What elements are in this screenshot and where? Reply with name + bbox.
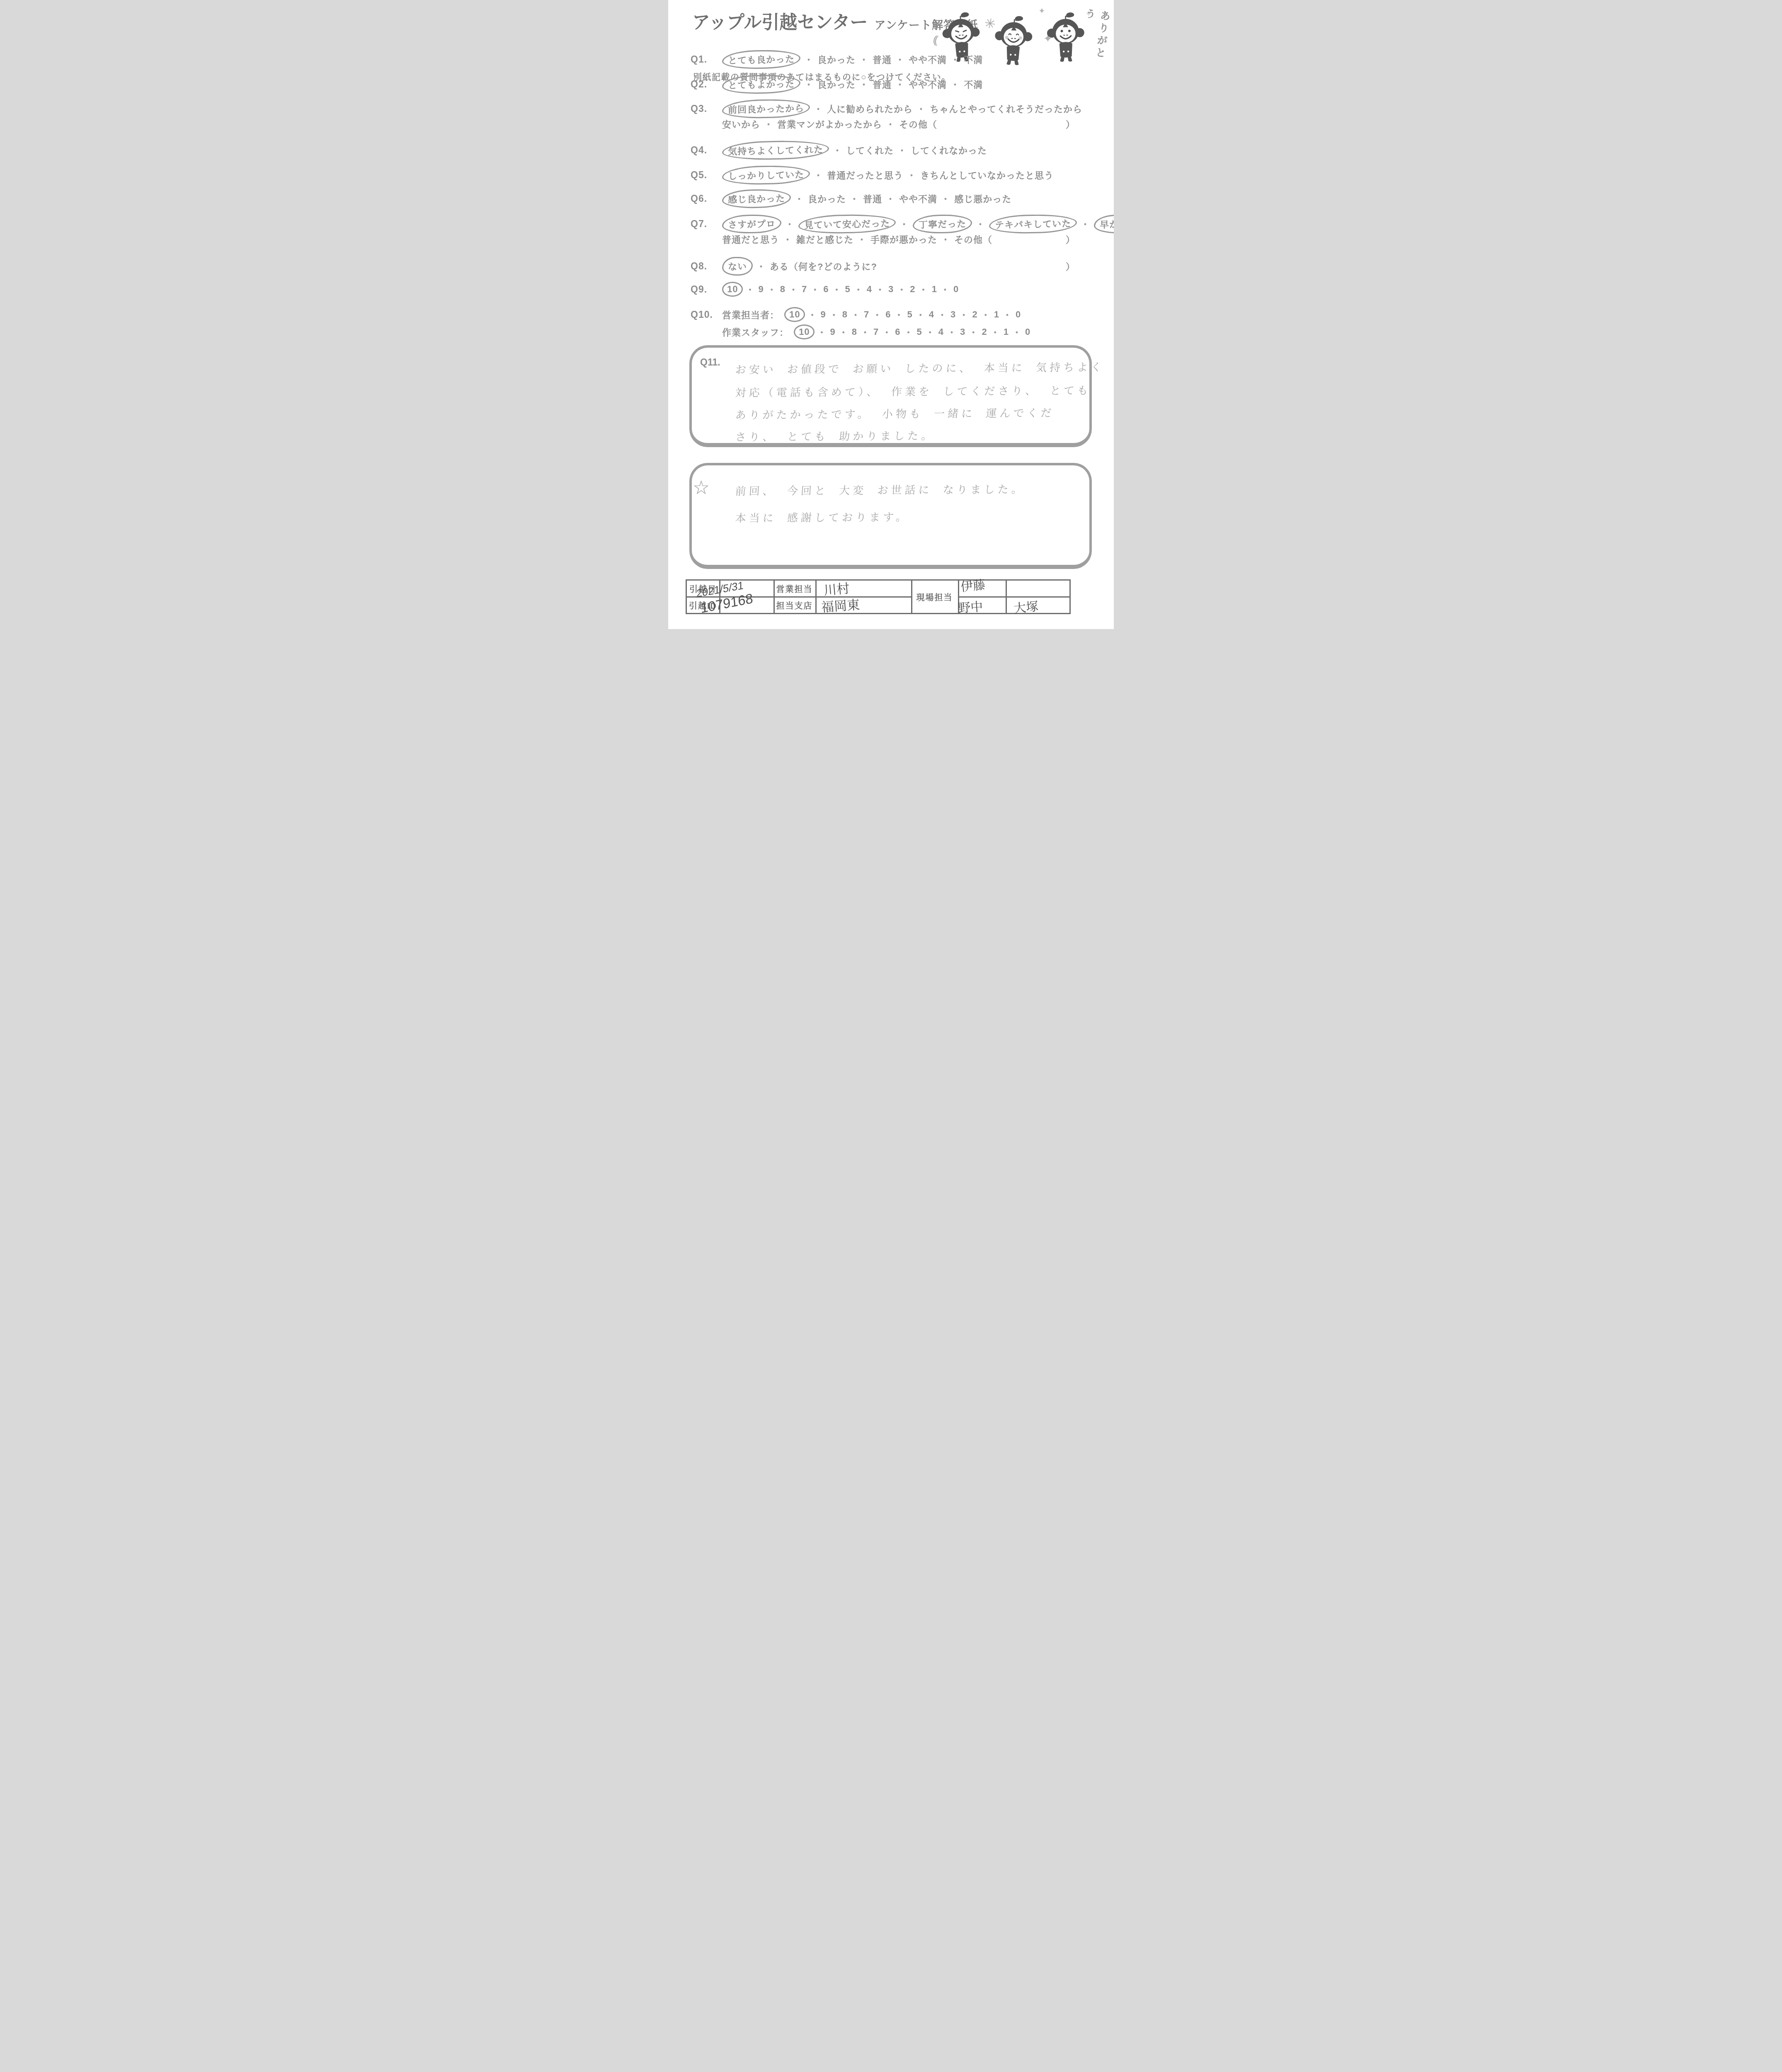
score: 7 <box>863 309 870 320</box>
question-number: Q2. <box>691 79 722 90</box>
score: 8 <box>851 327 858 337</box>
question-10-scale-1: 作業スタッフ：10・9・8・7・6・5・4・3・2・1・0 <box>691 324 1089 339</box>
footer-table: 引越日 引越ID 営業担当 担当支店 現場担当 2021/5/31 107916… <box>686 579 1071 614</box>
option-separator: ・ <box>950 53 960 66</box>
option-separator: ・ <box>875 283 885 296</box>
option: してくれなかった <box>911 144 987 157</box>
option: 良かった <box>817 53 856 66</box>
question-8: Q8.ない・ある（何を?どのように?） <box>691 257 1089 276</box>
question-3-line2: 安いから・営業マンがよかったから・その他（） <box>691 118 1089 131</box>
option-separator: ・ <box>795 192 804 205</box>
selected-option: とても良かった <box>722 49 801 70</box>
option-separator: ・ <box>1012 326 1022 339</box>
question-number: Q9. <box>691 284 722 295</box>
option-separator: ・ <box>899 218 909 230</box>
question-6: Q6.感じ良かった・良かった・普通・やや不満・感じ悪かった <box>691 189 1089 208</box>
score: 7 <box>801 284 808 295</box>
sparkle-icon: ✦ <box>1038 6 1045 16</box>
close-paren: ） <box>1066 260 1075 273</box>
option: きちんとしていなかったと思う <box>920 169 1054 182</box>
question-7-line2: 普通だと思う・雑だと感じた・手際が悪かった・その他（） <box>691 233 1089 246</box>
option-separator: ・ <box>764 118 773 131</box>
question-number: Q7. <box>691 218 722 230</box>
selected-score: 10 <box>722 281 743 297</box>
option: 安いから <box>722 118 760 131</box>
score: 0 <box>1024 327 1031 337</box>
star-icon: ☆ <box>693 476 710 499</box>
option: その他（ <box>899 118 937 131</box>
question-2: Q2.とてもよかった・良かった・普通・やや不満・不満 <box>691 75 1089 94</box>
option-separator: ・ <box>859 53 869 66</box>
option-separator: ・ <box>919 283 929 296</box>
score: 2 <box>981 327 988 337</box>
handwritten-comment-line: 対応（電話も含めて）、 作業を してくださり、 とても <box>735 382 1091 400</box>
option-separator: ・ <box>804 78 814 91</box>
selected-score: 10 <box>784 307 805 322</box>
score: 9 <box>758 284 765 295</box>
option-separator: ・ <box>783 233 793 246</box>
handwritten-site-rep-2: 野中 <box>958 596 984 616</box>
score: 1 <box>931 284 938 295</box>
option: 雑だと感じた <box>796 233 853 246</box>
score: 5 <box>916 327 923 337</box>
option-separator: ・ <box>745 283 755 296</box>
option-separator: ・ <box>789 283 798 296</box>
option-separator: ・ <box>886 192 895 205</box>
option-separator: ・ <box>938 308 947 321</box>
option: 普通だったと思う <box>827 169 903 182</box>
score: 4 <box>866 284 873 295</box>
option-separator: ・ <box>926 326 935 339</box>
question-10-scale-0: Q10.営業担当者：10・9・8・7・6・5・4・3・2・1・0 <box>691 307 1089 322</box>
question-number: Q4. <box>691 145 722 156</box>
selected-option: 見ていて安心だった <box>798 214 896 235</box>
selected-option: 前回良かったから <box>722 99 810 119</box>
handwritten-note-line: 本当に 感謝しております。 <box>735 509 910 525</box>
option: 営業マンがよかったから <box>777 118 882 131</box>
option-separator: ・ <box>854 283 863 296</box>
handwritten-comment-line: お安い お値段で お願い したのに、 本当に 気持ちよく <box>735 359 1105 377</box>
option-separator: ・ <box>785 218 795 230</box>
question-number: Q5. <box>691 169 722 181</box>
scale-label: 作業スタッフ： <box>722 326 789 339</box>
option-separator: ・ <box>947 326 957 339</box>
selected-option: しっかりしていた <box>722 165 810 185</box>
option-separator: ・ <box>941 192 950 205</box>
score: 6 <box>894 327 901 337</box>
score: 3 <box>887 284 895 295</box>
option-separator: ・ <box>1081 218 1090 230</box>
q11-comment-box: Q11. お安い お値段で お願い したのに、 本当に 気持ちよく 対応（電話も… <box>689 345 1092 447</box>
option-separator: ・ <box>861 326 870 339</box>
option-separator: ・ <box>829 308 839 321</box>
selected-option: 丁寧だった <box>913 214 972 234</box>
score: 2 <box>971 309 978 320</box>
option: 不満 <box>964 78 983 91</box>
score: 1 <box>993 309 1000 320</box>
option-separator: ・ <box>882 326 892 339</box>
option-separator: ・ <box>814 102 823 115</box>
question-number: Q1. <box>691 54 722 65</box>
option-separator: ・ <box>839 326 849 339</box>
survey-answer-sheet: アップル引越センター アンケート解答用紙 別紙記載の質問事項のあてはまるものに○… <box>668 0 1114 629</box>
score: 3 <box>950 309 957 320</box>
score: 9 <box>820 309 827 320</box>
option-separator: ・ <box>873 308 882 321</box>
option-separator: ・ <box>916 102 926 115</box>
motion-lines-icon: (( <box>932 33 937 46</box>
option-separator: ・ <box>981 308 991 321</box>
score: 9 <box>829 327 836 337</box>
score: 6 <box>885 309 892 320</box>
score: 7 <box>873 327 880 337</box>
option-separator: ・ <box>959 308 969 321</box>
option: してくれた <box>846 144 894 157</box>
option-separator: ・ <box>991 326 1000 339</box>
option: ある（何を?どのように? <box>770 260 877 273</box>
option-separator: ・ <box>814 169 823 182</box>
option: 普通だと思う <box>722 233 779 246</box>
option-separator: ・ <box>851 308 861 321</box>
option: ちゃんとやってくれそうだったから <box>930 102 1082 115</box>
option: 手際が悪かった <box>870 233 937 246</box>
score: 6 <box>822 284 829 295</box>
option: やや不満 <box>899 192 937 205</box>
option: 人に勧められたから <box>827 102 913 115</box>
option: 良かった <box>817 78 856 91</box>
option: その他（ <box>954 233 992 246</box>
label-sales-rep: 営業担当 <box>773 581 815 596</box>
question-7: Q7.さすがプロ・見ていて安心だった・丁寧だった・テキパキしていた・早かった <box>691 215 1089 233</box>
option-separator: ・ <box>1003 308 1012 321</box>
selected-score: 10 <box>794 324 815 339</box>
option-separator: ・ <box>895 308 904 321</box>
score: 4 <box>928 309 935 320</box>
option: 不満 <box>964 53 983 66</box>
selected-option: テキパキしていた <box>989 214 1077 234</box>
selected-option: さすがプロ <box>722 214 782 234</box>
option-separator: ・ <box>916 308 926 321</box>
close-paren: ） <box>1066 118 1075 131</box>
option-separator: ・ <box>950 78 960 91</box>
close-paren: ） <box>1066 233 1075 246</box>
option-separator: ・ <box>808 308 817 321</box>
page-title: アップル引越センター <box>692 8 868 34</box>
question-3: Q3.前回良かったから・人に勧められたから・ちゃんとやってくれそうだったから <box>691 99 1089 118</box>
header: アップル引越センター アンケート解答用紙 <box>692 8 978 34</box>
question-9-scale-0: Q9.10・9・8・7・6・5・4・3・2・1・0 <box>691 282 1089 297</box>
option-separator: ・ <box>817 326 827 339</box>
score: 4 <box>938 327 945 337</box>
score: 3 <box>959 327 966 337</box>
question-number: Q6. <box>691 193 722 204</box>
score: 5 <box>907 309 914 320</box>
option-separator: ・ <box>907 169 916 182</box>
option-separator: ・ <box>895 78 905 91</box>
question-1: Q1.とても良かった・良かった・普通・やや不満・不満 <box>691 50 1089 69</box>
question-number: Q8. <box>691 261 722 272</box>
star-note-box: ☆ 前回、 今回と 大変 お世話に なりました。 本当に 感謝しております。 <box>689 463 1092 569</box>
label-site-rep: 現場担当 <box>911 581 958 613</box>
score: 1 <box>1003 327 1010 337</box>
handwritten-site-rep-3: 大塚 <box>1013 596 1039 617</box>
handwritten-branch: 福岡東 <box>821 594 861 615</box>
option-separator: ・ <box>886 118 895 131</box>
option-separator: ・ <box>941 233 950 246</box>
option: 普通 <box>873 78 892 91</box>
question-5: Q5.しっかりしていた・普通だったと思う・きちんとしていなかったと思う <box>691 166 1089 184</box>
option-separator: ・ <box>976 218 985 230</box>
option-separator: ・ <box>904 326 914 339</box>
option: 良かった <box>808 192 846 205</box>
option: 感じ悪かった <box>954 192 1011 205</box>
option-separator: ・ <box>832 283 842 296</box>
selected-option: ない <box>722 257 753 276</box>
option-separator: ・ <box>810 283 820 296</box>
selected-option: とてもよかった <box>722 74 801 94</box>
selected-option: 感じ良かった <box>722 189 791 208</box>
selected-option: 気持ちよくしてくれた <box>722 140 829 160</box>
question-number: Q3. <box>691 103 722 114</box>
score: 2 <box>909 284 916 295</box>
option-separator: ・ <box>833 144 842 157</box>
handwritten-note-line: 前回、 今回と 大変 お世話に なりました。 <box>735 481 1026 499</box>
question-number: Q11. <box>700 357 720 368</box>
option-separator: ・ <box>897 283 907 296</box>
score: 0 <box>1015 309 1022 320</box>
option-separator: ・ <box>767 283 777 296</box>
option: 普通 <box>873 53 892 66</box>
option: 普通 <box>863 192 882 205</box>
option-separator: ・ <box>895 53 905 66</box>
scale-label: 営業担当者： <box>722 308 779 321</box>
score: 0 <box>953 284 960 295</box>
handwritten-site-rep-1: 伊藤 <box>960 574 986 595</box>
option: やや不満 <box>909 53 947 66</box>
handwritten-comment-line: ありがたかったです。 小物も 一緒に 運んでくだ <box>735 404 1055 422</box>
option-separator: ・ <box>756 260 766 273</box>
option: やや不満 <box>909 78 947 91</box>
option-separator: ・ <box>857 233 867 246</box>
score: 5 <box>844 284 851 295</box>
option-separator: ・ <box>897 144 907 157</box>
score: 8 <box>841 309 849 320</box>
option-separator: ・ <box>941 283 950 296</box>
option-separator: ・ <box>859 78 869 91</box>
question-4: Q4.気持ちよくしてくれた・してくれた・してくれなかった <box>691 141 1089 160</box>
handwritten-comment-line: さり、 とても 助かりました。 <box>735 427 936 444</box>
option-separator: ・ <box>804 53 814 66</box>
label-branch: 担当支店 <box>773 597 815 613</box>
question-number: Q10. <box>691 309 722 320</box>
selected-option: 早かった <box>1094 214 1114 234</box>
option-separator: ・ <box>850 192 859 205</box>
option-separator: ・ <box>969 326 978 339</box>
score: 8 <box>779 284 786 295</box>
